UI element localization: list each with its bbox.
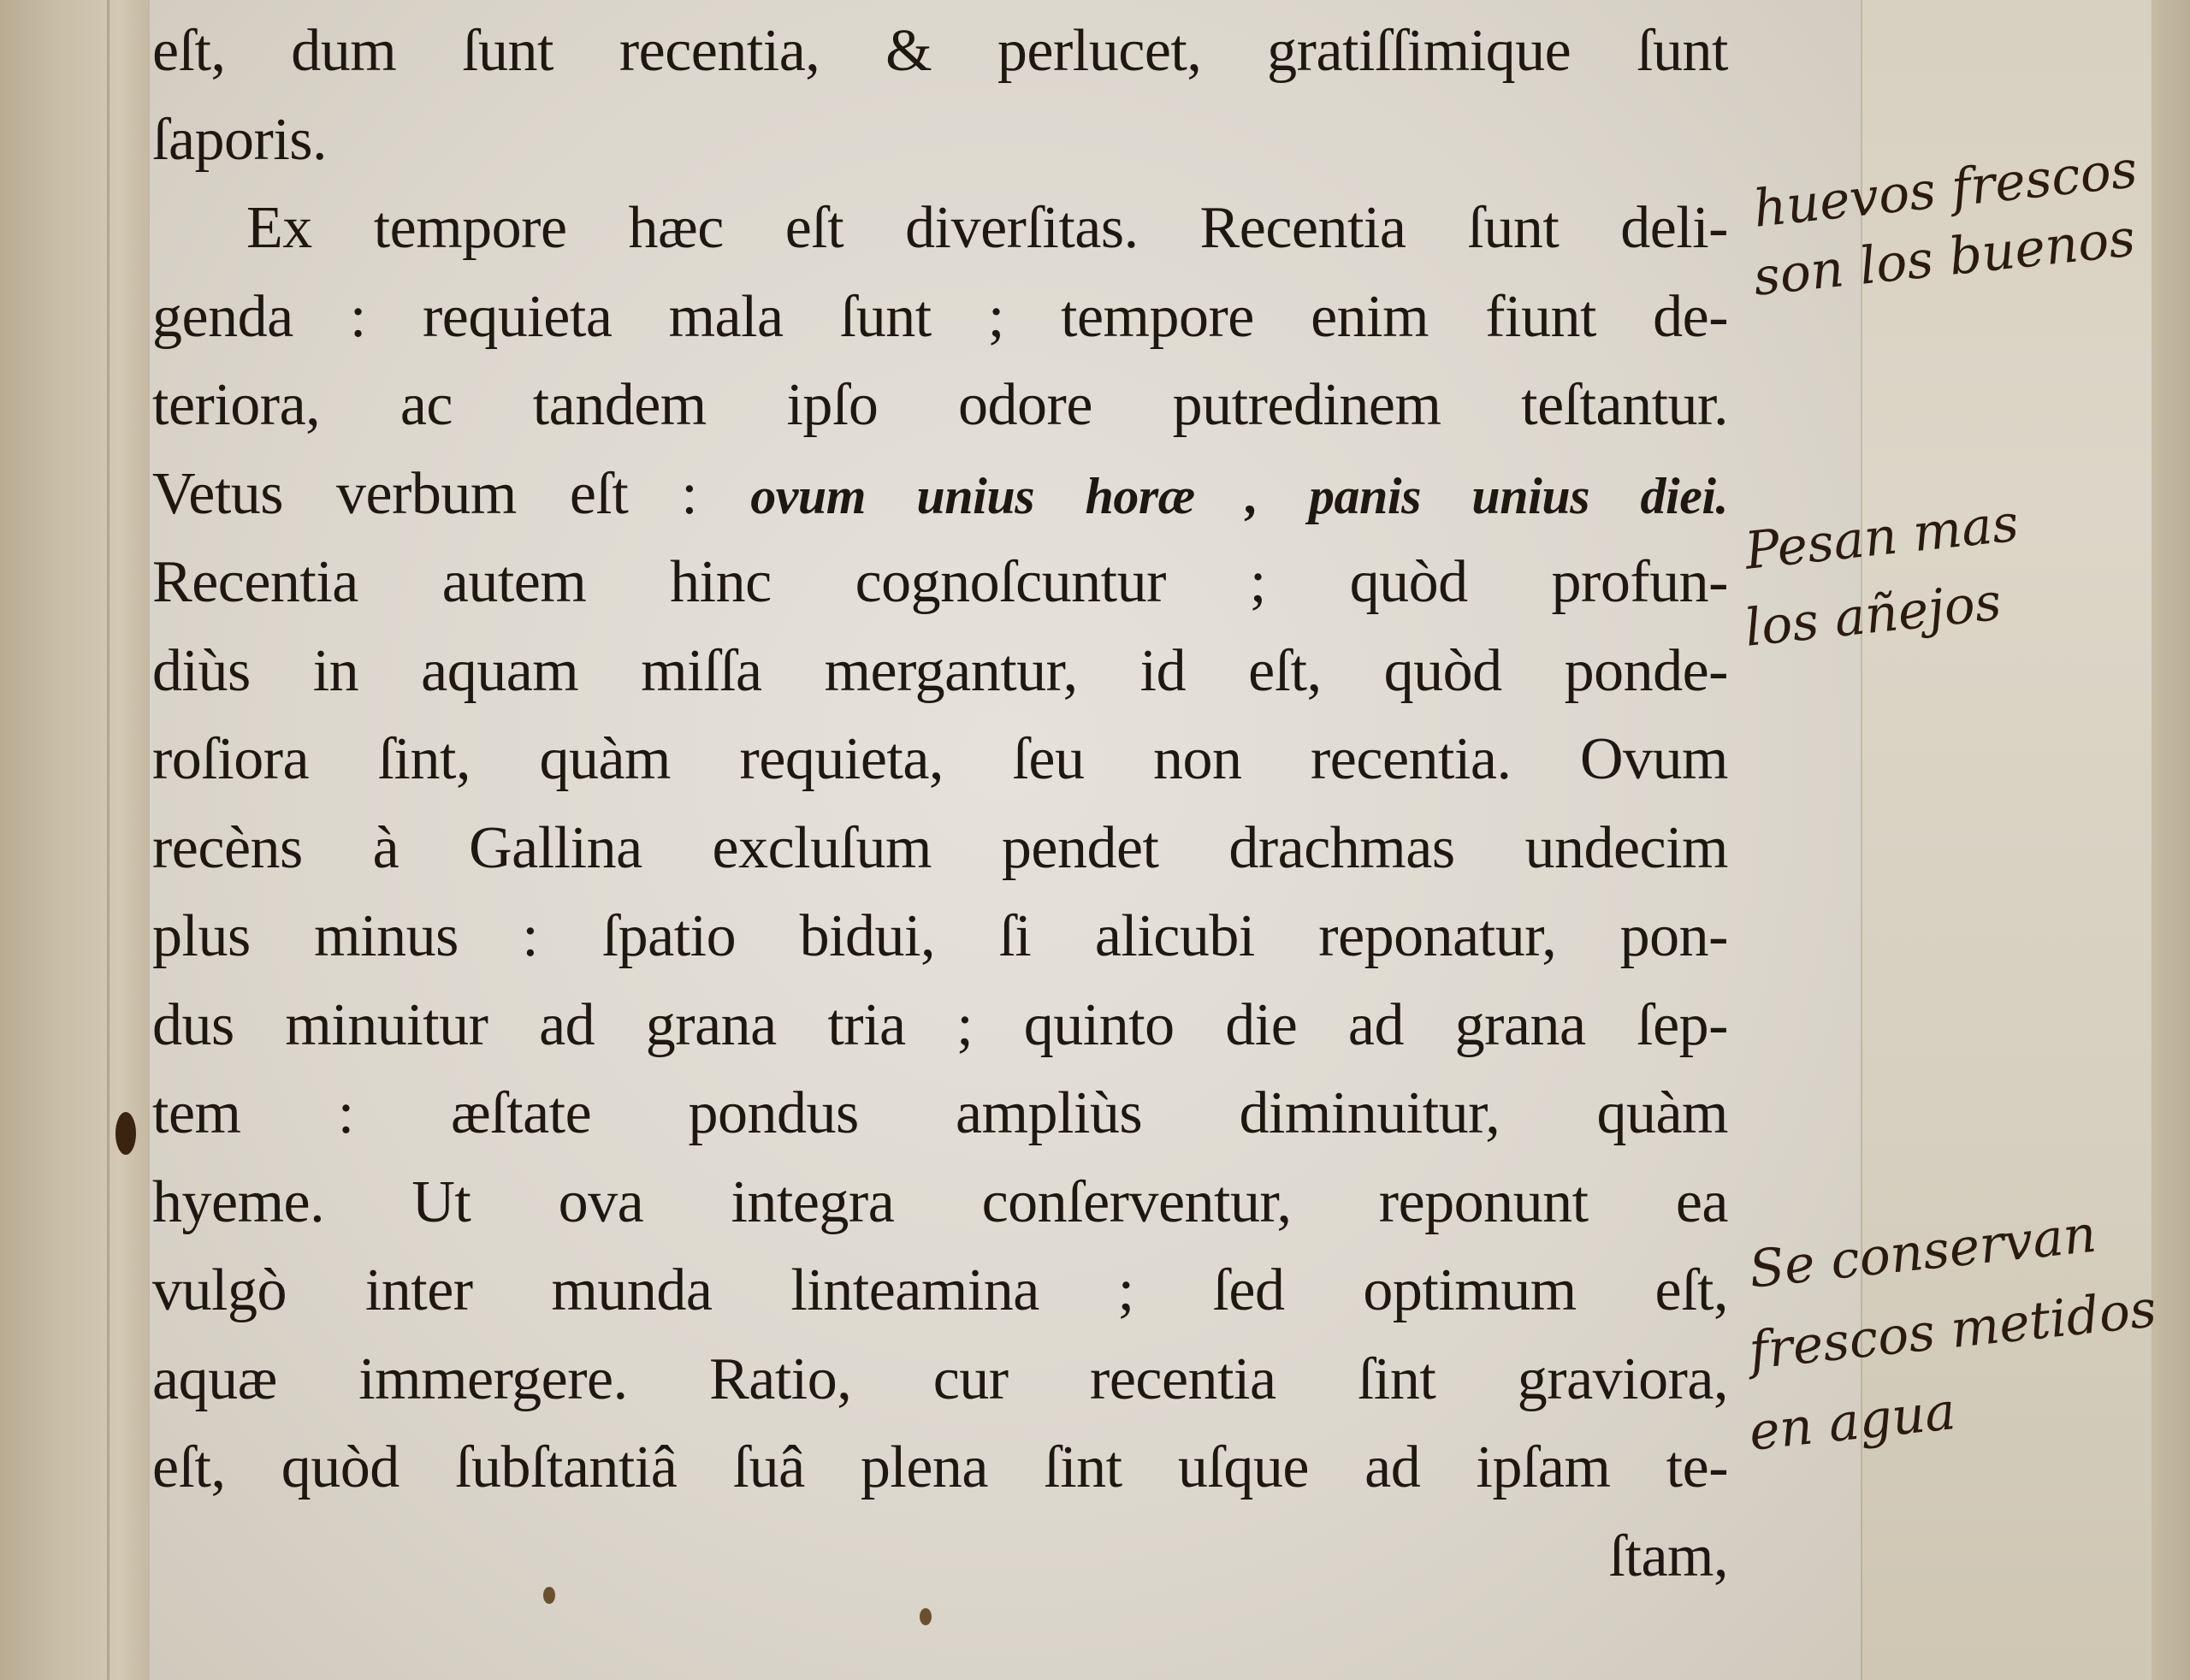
text-line-with-quote: Vetus verbum eſt : ovum unius horæ , pan… <box>152 450 1728 539</box>
text-line: ſaporis. <box>152 96 1728 185</box>
latin-text-block: eſt, dum ſunt recentia, & perlucet, grat… <box>152 7 1728 1600</box>
text-line: tem : æſtate pondus ampliùs diminuitur, … <box>152 1069 1728 1158</box>
italic-proverb: ovum unius horæ , panis unius diei. <box>750 468 1728 524</box>
text-line: aquæ immergere. Ratio, cur recentia ſint… <box>152 1335 1728 1424</box>
text-line: hyeme. Ut ova integra conſerventur, repo… <box>152 1158 1728 1247</box>
ink-stain <box>115 1112 136 1155</box>
marginal-note-3c: en agua <box>1746 1381 1958 1463</box>
text-line: roſiora ſint, quàm requieta, ſeu non rec… <box>152 715 1728 804</box>
text-line: eſt, quòd ſubſtantiâ ſuâ plena ſint uſqu… <box>152 1423 1728 1512</box>
text-fragment: Vetus verbum eſt : <box>152 461 697 527</box>
marginal-note-2b: los añejos <box>1742 572 2004 659</box>
text-line: dus minuitur ad grana tria ; quinto die … <box>152 981 1728 1070</box>
text-line: recèns à Gallina excluſum pendet drachma… <box>152 804 1728 893</box>
text-line: Ex tempore hæc eſt diverſitas. Recentia … <box>152 184 1728 273</box>
marginal-note-2a: Pesan mas <box>1742 494 2021 582</box>
marginal-note-3b: frescos metidos <box>1746 1279 2159 1381</box>
gutter-fold <box>107 0 109 1680</box>
text-line: teriora, ac tandem ipſo odore putredinem… <box>152 361 1728 450</box>
foxing-spot <box>543 1587 555 1604</box>
foxing-spot <box>920 1608 932 1625</box>
text-line: genda : requieta mala ſunt ; tempore eni… <box>152 273 1728 362</box>
text-line: diùs in aquam miſſa mergantur, id eſt, q… <box>152 627 1728 716</box>
text-line: vulgò inter munda linteamina ; ſed optim… <box>152 1246 1728 1335</box>
handwritten-marginalia: huevos frescos son los buenos Pesan mas … <box>1737 0 2190 1680</box>
text-line: plus minus : ſpatio bidui, ſi alicubi re… <box>152 892 1728 981</box>
text-line: eſt, dum ſunt recentia, & perlucet, grat… <box>152 7 1728 96</box>
catchword-line: ſtam, <box>152 1512 1728 1601</box>
text-line: Recentia autem hinc cognoſcuntur ; quòd … <box>152 538 1728 627</box>
marginal-note-3a: Se conservan <box>1746 1204 2098 1300</box>
book-spine-margin <box>0 0 150 1680</box>
